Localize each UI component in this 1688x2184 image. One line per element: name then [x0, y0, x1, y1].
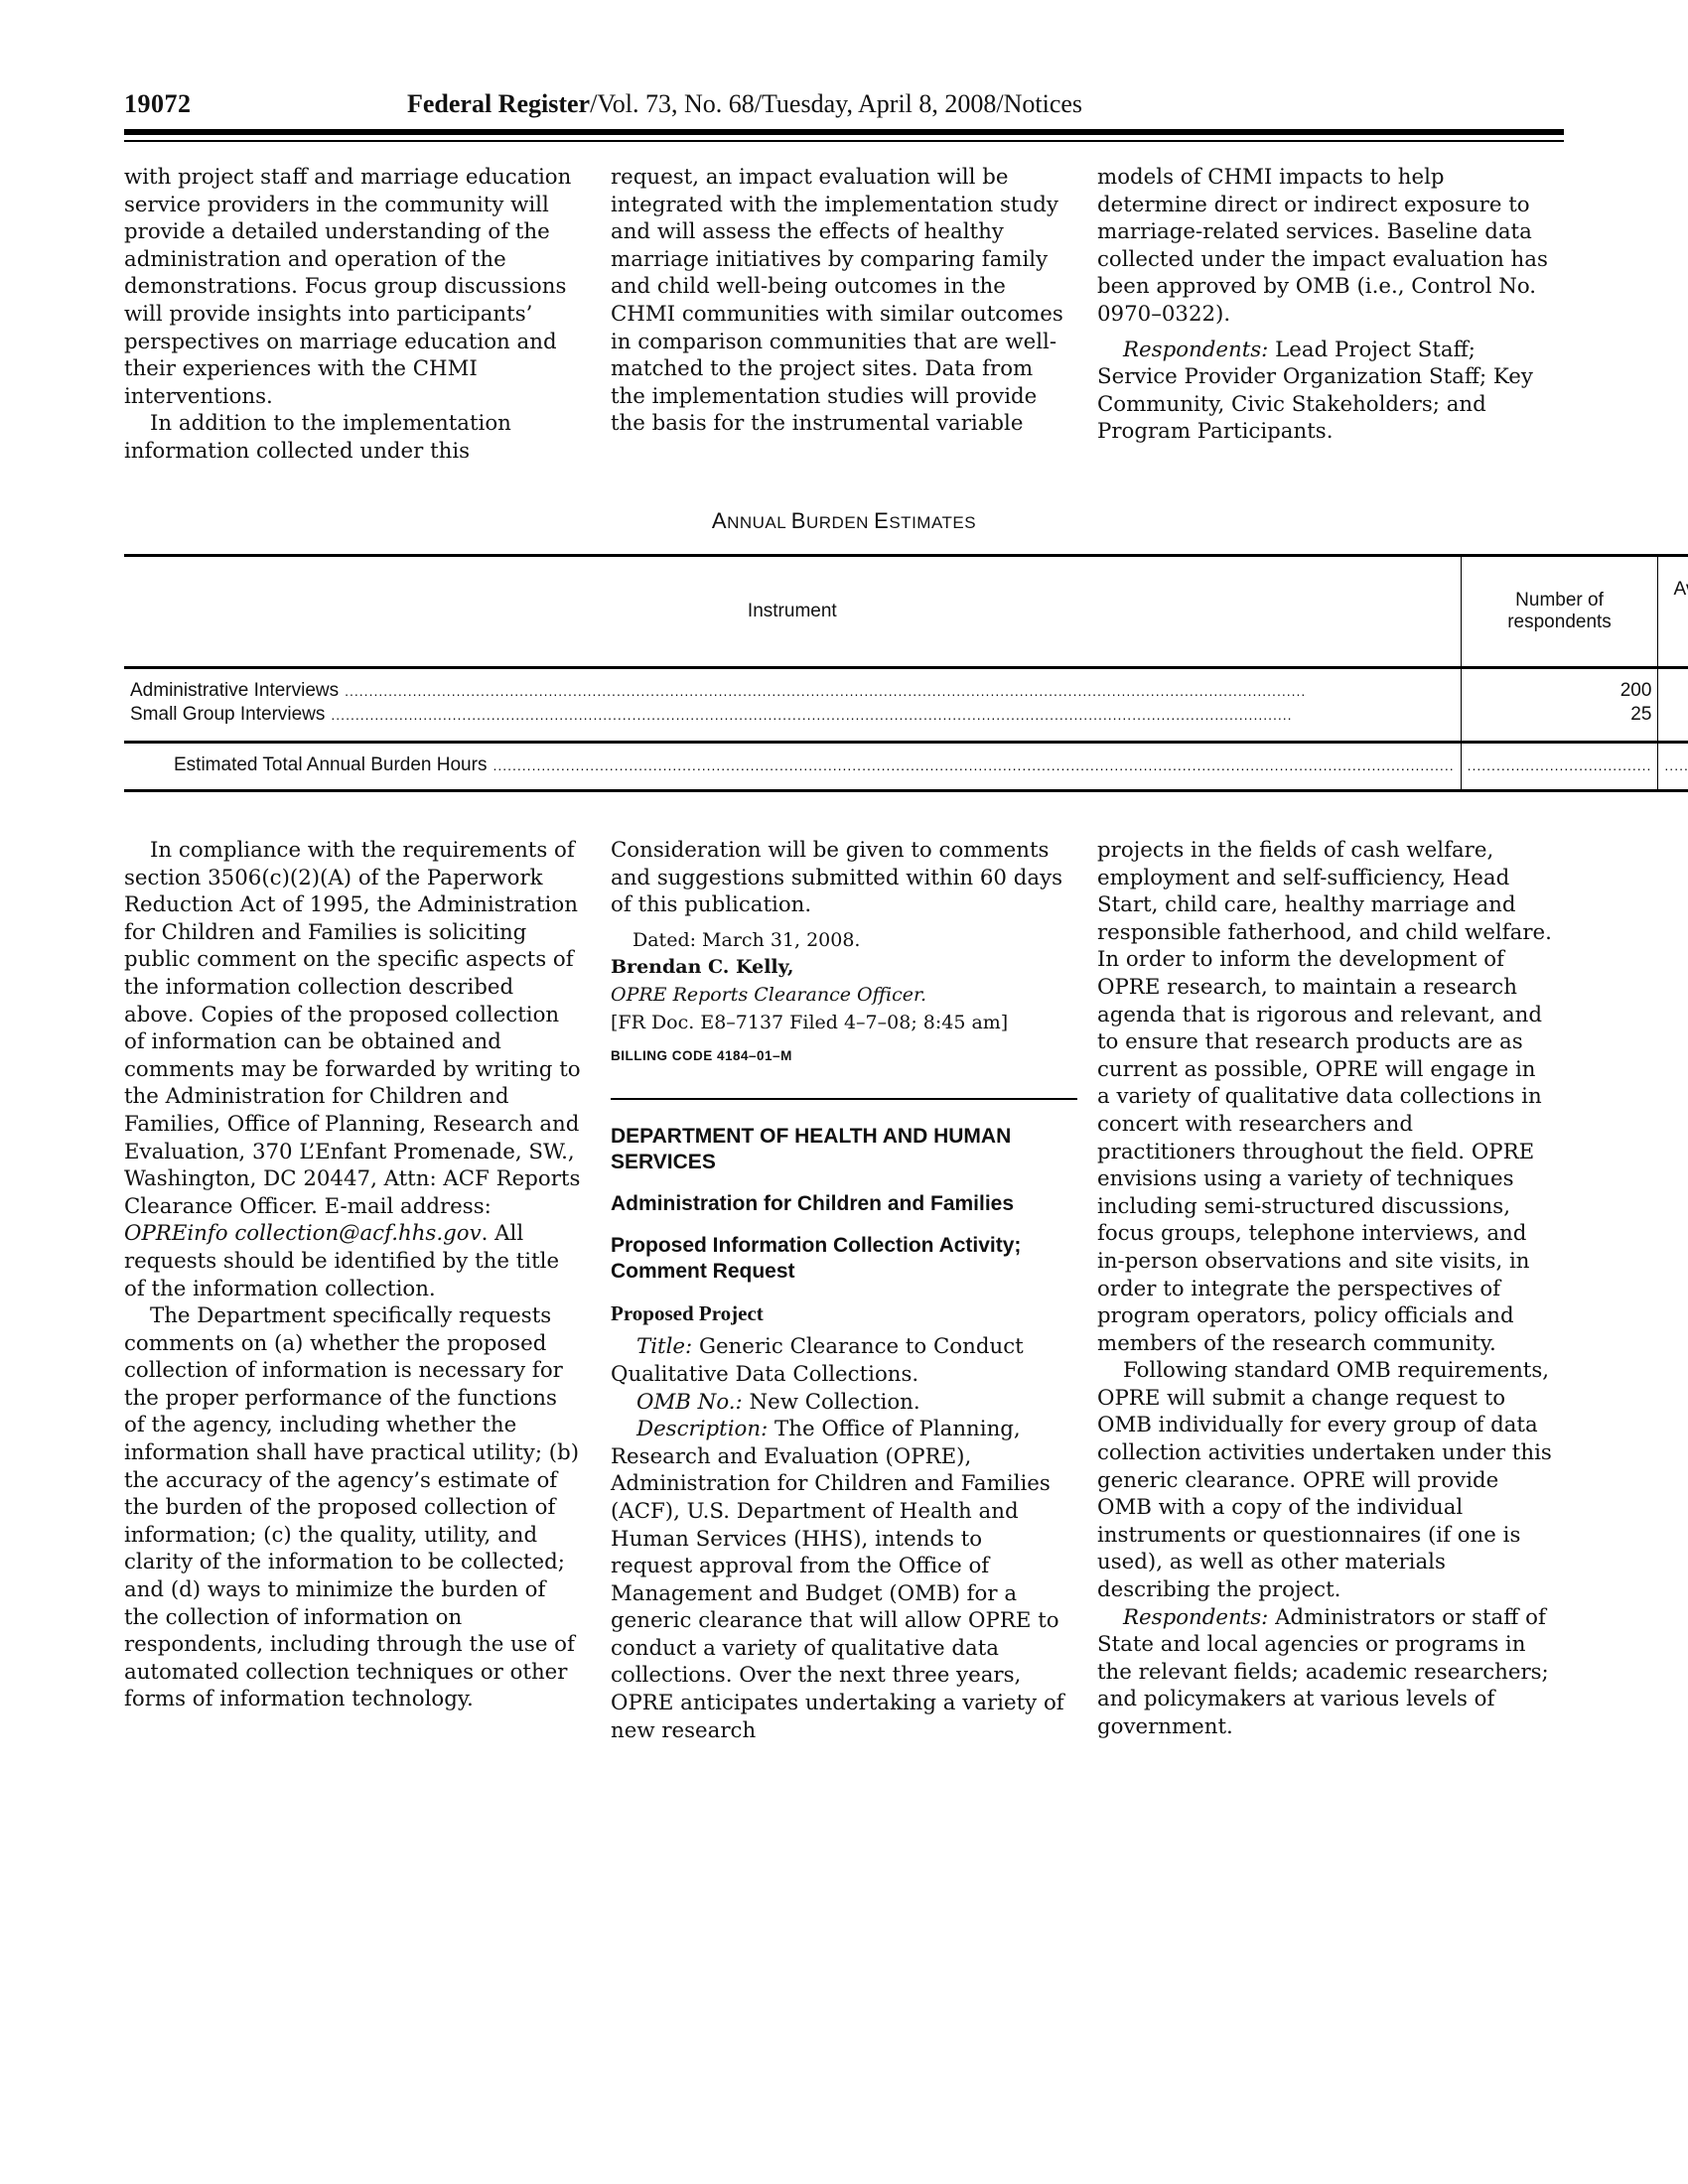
department-heading: DEPARTMENT OF HEALTH AND HUMAN SERVICES — [611, 1124, 1067, 1175]
section-divider — [611, 1098, 1077, 1100]
header-number-of-respondents: Number of respondents — [1461, 556, 1658, 668]
paragraph: request, an impact evaluation will be in… — [611, 164, 1067, 438]
respondents-label: Respondents: — [1123, 1605, 1268, 1630]
leader-dots — [345, 679, 1454, 703]
header-rule-thick — [124, 129, 1564, 135]
instrument-name: Administrative Interviews — [130, 679, 339, 703]
respondents-value: 25 — [1461, 703, 1658, 743]
table-total-row: Estimated Total Annual Burden Hours 440 — [124, 743, 1688, 791]
paragraph: with project staff and marriage educatio… — [124, 164, 581, 410]
table-row: Administrative Interviews 200 2 1 400 — [124, 668, 1688, 704]
respondents-label: Respondents: — [1123, 338, 1268, 362]
paragraph: The Department specifically requests com… — [124, 1302, 581, 1713]
table-header-row: Instrument Number of respondents Average… — [124, 556, 1688, 668]
fr-doc-line: [FR Doc. E8–7137 Filed 4–7–08; 8:45 am] — [611, 1010, 1067, 1037]
header-avg-responses: Average num-ber of re-sponses per respon… — [1658, 556, 1688, 668]
top-column-1: with project staff and marriage educatio… — [124, 164, 581, 466]
paragraph: projects in the fields of cash welfare, … — [1097, 837, 1554, 1357]
responses-value: 2 — [1658, 668, 1688, 704]
proposed-project-heading: Proposed Project — [611, 1300, 1067, 1328]
header-rule-thin — [124, 140, 1564, 142]
publication-name: Federal Register — [407, 89, 590, 118]
agency-heading: Administration for Children and Families — [611, 1191, 1067, 1217]
paragraph: Following standard OMB requirements, OPR… — [1097, 1357, 1554, 1603]
signer-title: OPRE Reports Clearance Officer. — [611, 982, 1067, 1010]
table-title: ANNUAL BURDEN ESTIMATES — [124, 508, 1564, 534]
dated-line: Dated: March 31, 2008. — [611, 927, 1067, 955]
bottom-column-2: Consideration will be given to comments … — [611, 837, 1067, 1744]
paragraph: models of CHMI impacts to help determine… — [1097, 164, 1554, 329]
table-row: Small Group Interviews 25 1 1.6 40 — [124, 703, 1688, 743]
header-instrument: Instrument — [124, 556, 1461, 668]
empty-dots — [1461, 743, 1658, 791]
page-header: 19072 Federal Register/Vol. 73, No. 68/T… — [124, 89, 1564, 129]
respondents-value: 200 — [1461, 668, 1658, 704]
notice-title: Proposed Information Collection Activity… — [611, 1233, 1067, 1285]
respondents-paragraph: Respondents: Lead Project Staff; Service… — [1097, 337, 1554, 446]
top-column-2: request, an impact evaluation will be in… — [611, 164, 1067, 438]
empty-dots — [1658, 743, 1688, 791]
running-head: Federal Register/Vol. 73, No. 68/Tuesday… — [407, 89, 1082, 119]
total-label: Estimated Total Annual Burden Hours — [174, 753, 487, 777]
leader-dots — [331, 703, 1454, 727]
bottom-column-1: In compliance with the requirements of s… — [124, 837, 581, 1713]
responses-value: 1 — [1658, 703, 1688, 743]
description-paragraph: Description: The Office of Planning, Res… — [611, 1416, 1067, 1744]
annual-burden-table: Instrument Number of respondents Average… — [124, 554, 1688, 792]
page-number: 19072 — [124, 89, 192, 119]
signer-name: Brendan C. Kelly, — [611, 954, 1067, 982]
email-address[interactable]: OPREinfo collection@acf.hhs.gov — [124, 1221, 482, 1246]
issue-info: /Vol. 73, No. 68/Tuesday, April 8, 2008/… — [590, 89, 1082, 118]
bottom-column-3: projects in the fields of cash welfare, … — [1097, 837, 1554, 1741]
top-column-3: models of CHMI impacts to help determine… — [1097, 164, 1554, 446]
paragraph: In compliance with the requirements of s… — [124, 837, 581, 1302]
paragraph: Consideration will be given to comments … — [611, 837, 1067, 919]
omb-paragraph: OMB No.: New Collection. — [611, 1389, 1067, 1417]
instrument-name: Small Group Interviews — [130, 703, 325, 727]
respondents-paragraph: Respondents: Administrators or staff of … — [1097, 1604, 1554, 1741]
billing-code: BILLING CODE 4184–01–M — [611, 1042, 1067, 1070]
leader-dots — [492, 753, 1454, 777]
paragraph: In addition to the implementation inform… — [124, 410, 581, 465]
title-paragraph: Title: Generic Clearance to Conduct Qual… — [611, 1333, 1067, 1388]
